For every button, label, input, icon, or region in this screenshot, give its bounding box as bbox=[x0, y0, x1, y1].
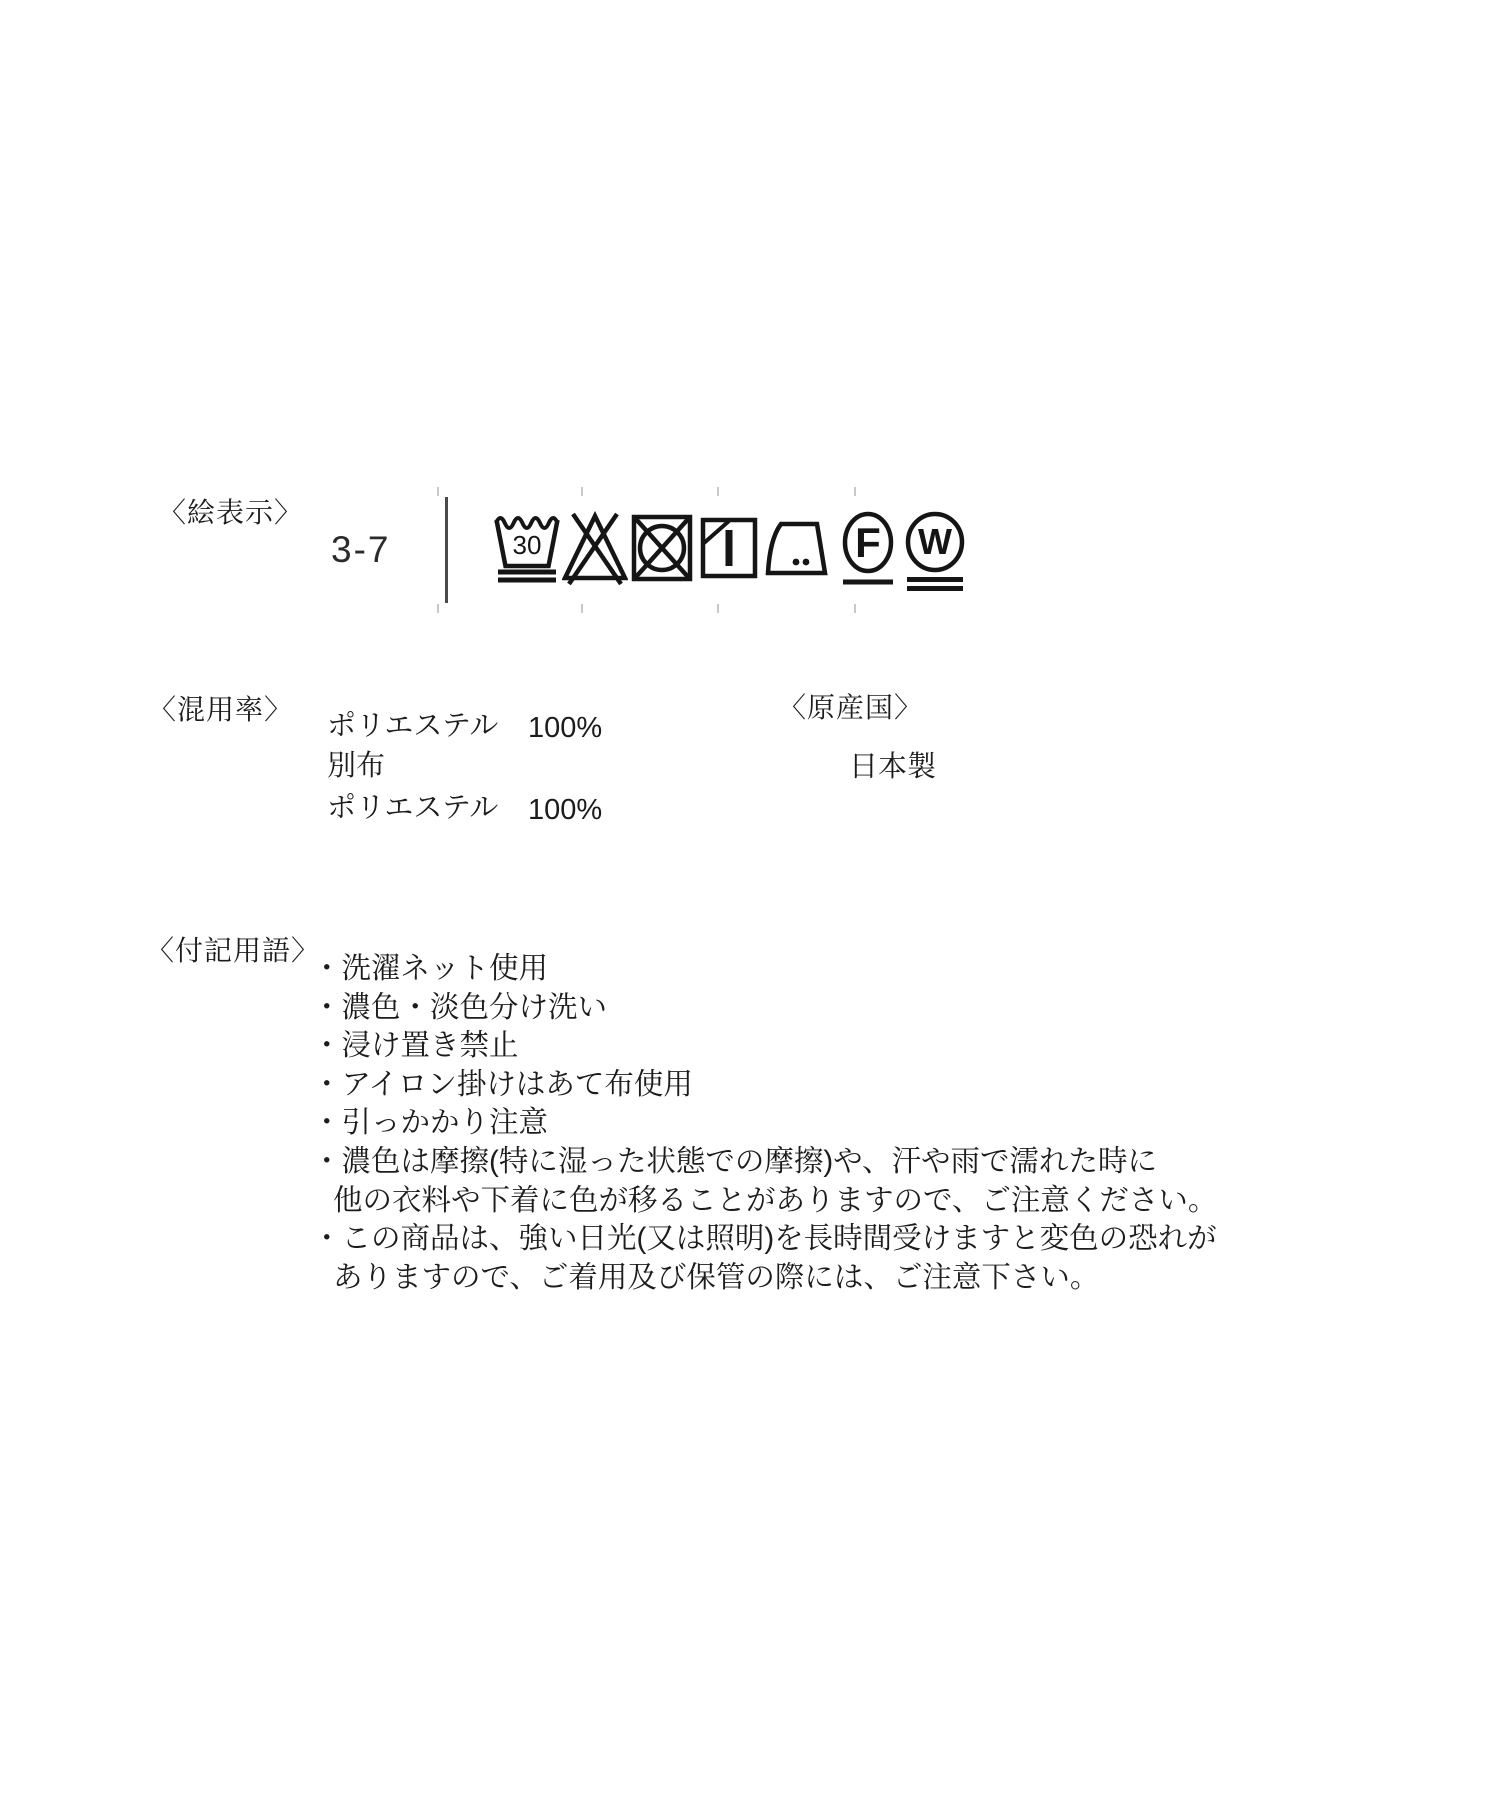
iron-medium-two-dots-icon bbox=[764, 510, 830, 590]
care-note-item: ・アイロン掛けはあて布使用 bbox=[312, 1066, 1217, 1105]
composition-material: ポリエステル bbox=[327, 712, 498, 741]
grid-tick bbox=[854, 604, 856, 613]
line-dry-in-shade-icon bbox=[700, 510, 758, 590]
care-note-item: ・浸け置き禁止 bbox=[312, 1027, 1217, 1066]
care-notes-list: ・洗濯ネット使用 ・濃色・淡色分け洗い ・浸け置き禁止 ・アイロン掛けはあて布使… bbox=[312, 950, 1217, 1297]
grid-tick bbox=[581, 604, 583, 613]
grid-tick bbox=[854, 487, 856, 496]
grid-tick bbox=[437, 604, 439, 613]
composition-material: ポリエステル bbox=[327, 794, 498, 823]
care-note-item: ・引っかかり注意 bbox=[312, 1104, 1217, 1143]
care-note-item-continuation: 他の衣料や下着に色が移ることがありますので、ご注意ください。 bbox=[312, 1182, 1217, 1221]
svg-text:30: 30 bbox=[513, 530, 542, 560]
symbols-section-label: 〈絵表示〉 bbox=[158, 499, 303, 527]
grid-tick bbox=[437, 487, 439, 496]
symbol-row-code: 3-7 bbox=[331, 531, 390, 568]
do-not-bleach-icon bbox=[562, 510, 628, 590]
care-note-item: ・この商品は、強い日光(又は照明)を長時間受けますと変色の恐れが bbox=[312, 1220, 1217, 1259]
care-note-item: ・濃色は摩擦(特に湿った状態での摩擦)や、汗や雨で濡れた時に bbox=[312, 1143, 1217, 1182]
origin-value: 日本製 bbox=[849, 753, 936, 782]
svg-text:W: W bbox=[918, 521, 952, 562]
wash-tub-30-very-mild-icon: 30 bbox=[492, 510, 562, 590]
grid-tick bbox=[717, 604, 719, 613]
composition-percent: 100% bbox=[528, 714, 602, 743]
composition-section-label: 〈混用率〉 bbox=[148, 696, 293, 724]
care-note-item-continuation: ありますので、ご着用及び保管の際には、ご注意下さい。 bbox=[312, 1259, 1217, 1298]
do-not-tumble-dry-icon bbox=[630, 510, 694, 590]
dry-clean-f-mild-icon: F bbox=[840, 510, 896, 590]
care-note-item: ・洗濯ネット使用 bbox=[312, 950, 1217, 989]
wet-clean-w-very-mild-icon: W bbox=[904, 510, 966, 596]
composition-material: 別布 bbox=[327, 752, 385, 781]
grid-tick bbox=[581, 487, 583, 496]
composition-percent: 100% bbox=[528, 796, 602, 825]
care-note-item: ・濃色・淡色分け洗い bbox=[312, 989, 1217, 1028]
svg-text:F: F bbox=[855, 519, 881, 566]
care-label-page: 〈絵表示〉 3-7 30 bbox=[0, 0, 1500, 1800]
vertical-divider bbox=[445, 497, 448, 603]
grid-tick bbox=[717, 487, 719, 496]
origin-section-label: 〈原産国〉 bbox=[778, 694, 923, 722]
notes-section-label: 〈付記用語〉 bbox=[146, 937, 320, 965]
